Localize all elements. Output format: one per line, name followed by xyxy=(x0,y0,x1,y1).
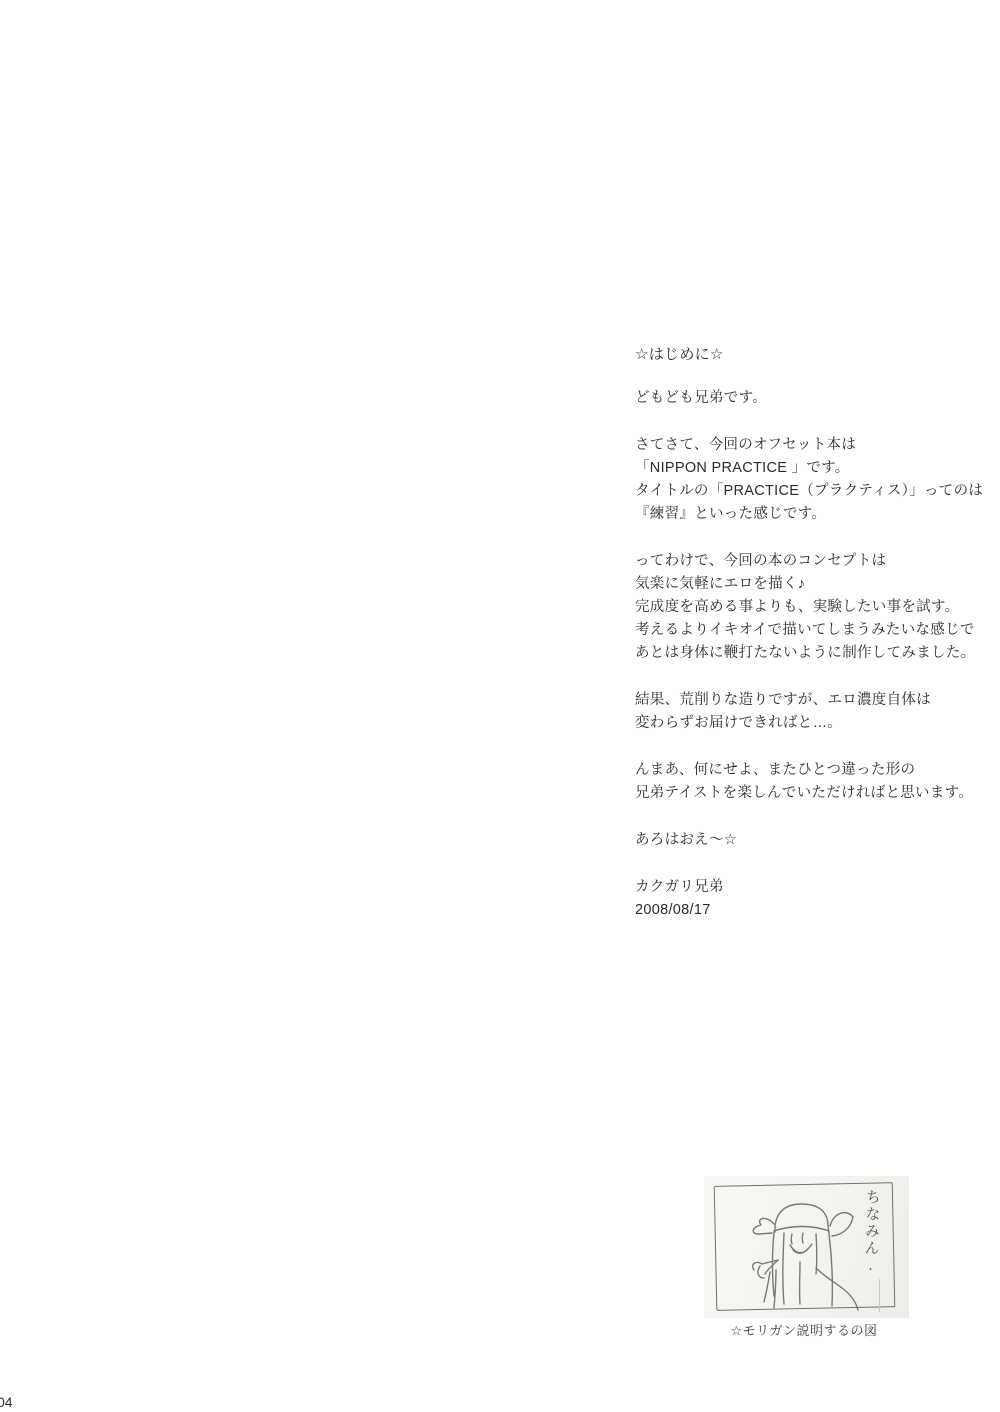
text-line: ってわけで、今回の本のコンセプトは xyxy=(635,550,995,573)
foreword-paragraph: ってわけで、今回の本のコンセプトは 気楽に気軽にエロを描く♪ 完成度を高める事よ… xyxy=(635,550,995,665)
text-line: 『練習』といった感じです。 xyxy=(635,503,995,526)
text-line: さてさて、今回のオフセット本は xyxy=(635,434,995,457)
date-text: 2008/08/17 xyxy=(635,899,995,922)
page-number: 04 xyxy=(0,1394,13,1410)
foreword-heading: ☆はじめに☆ xyxy=(635,343,995,366)
sketch-paper: ちなみん. xyxy=(704,1176,909,1318)
author-name: カクガリ兄弟 xyxy=(635,876,995,899)
text-line: 兄弟テイストを楽しんでいただければと思います。 xyxy=(635,782,995,805)
text-line: 変わらずお届けできればと…。 xyxy=(635,712,995,735)
text-line: 気楽に気軽にエロを描く♪ xyxy=(635,573,995,596)
text-line: タイトルの「PRACTICE（プラクティス）」ってのは xyxy=(635,480,995,503)
text-line: 結果、荒削りな造りですが、エロ濃度自体は xyxy=(635,689,995,712)
text-line: あろはおえ～☆ xyxy=(635,829,995,852)
text-line: あとは身体に鞭打たないように制作してみました。 xyxy=(635,642,995,665)
text-line: 完成度を高める事よりも、実験したい事を試す。 xyxy=(635,596,995,619)
foreword-paragraph: 結果、荒削りな造りですが、エロ濃度自体は 変わらずお届けできればと…。 xyxy=(635,689,995,735)
foreword-paragraph: どもども兄弟です。 xyxy=(635,387,995,410)
foreword-paragraph: んまあ、何にせよ、またひとつ違った形の 兄弟テイストを楽しんでいただければと思い… xyxy=(635,759,995,805)
foreword-signature: カクガリ兄弟 2008/08/17 xyxy=(635,876,995,922)
foreword-paragraph: さてさて、今回のオフセット本は 「NIPPON PRACTICE 」です。 タイ… xyxy=(635,434,995,526)
text-line: んまあ、何にせよ、またひとつ違った形の xyxy=(635,759,995,782)
text-line: 考えるよりイキオイで描いてしまうみたいな感じで xyxy=(635,619,995,642)
handwritten-note: ちなみん. xyxy=(860,1189,883,1277)
foreword-text-block: ☆はじめに☆ どもども兄弟です。 さてさて、今回のオフセット本は 「NIPPON… xyxy=(635,343,995,922)
text-line: どもども兄弟です。 xyxy=(635,387,995,410)
text-line: 「NIPPON PRACTICE 」です。 xyxy=(635,457,995,480)
sketch-caption: ☆モリガン説明するの図 xyxy=(690,1320,918,1339)
foreword-closing: あろはおえ～☆ xyxy=(635,829,995,852)
pencil-tail-stroke xyxy=(879,1279,880,1312)
